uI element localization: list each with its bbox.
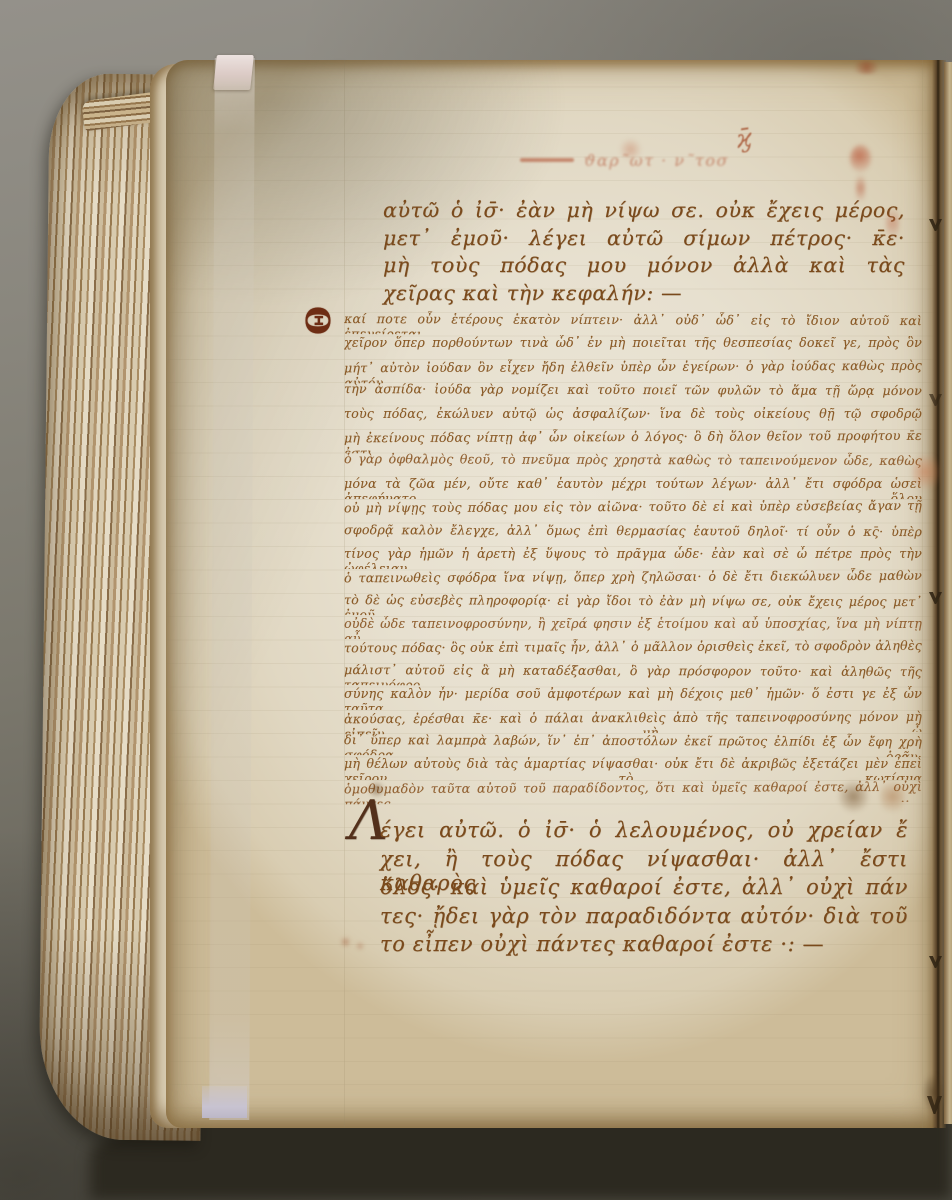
commentary-line: μάλιστ᾽ αὐτοῦ εἰς ἃ μὴ καταδέξασθαι, ὃ γ… xyxy=(344,662,922,687)
ink-stain xyxy=(851,61,882,74)
commentary-line: οὐ μὴ νίψῃς τοὺς πόδας μου εἰς τὸν αἰῶνα… xyxy=(344,498,922,524)
lemma-line: χεῖρας καὶ τὴν κεφαλήν: — xyxy=(383,281,905,309)
ink-stain xyxy=(880,777,905,816)
photo-background: ϑαρ῀ωτ · ν῀τοσ ϗ̄ αὐτῶ ὁ ἰσ̄· ἐὰν μὴ νίψ… xyxy=(0,0,952,1200)
commentary-line: τὸ δὲ ὡς εὐσεβὲς πληροφορίᾳ· εἰ γὰρ ἴδοι… xyxy=(344,592,922,617)
ink-stain xyxy=(850,145,871,172)
ink-stain xyxy=(886,202,899,244)
lemma-line: έγει αὐτῶ. ὁ ἰσ̄· ὁ λελουμένος, οὐ χρεία… xyxy=(380,818,908,847)
lemma-line: χει, ἢ τοὺς πόδας νίψασθαι· ἀλλ᾽ ἔστι κα… xyxy=(380,847,908,876)
commentary-line: καί ποτε οὖν ἑτέρους ἑκατὸν νίπτειν· ἀλλ… xyxy=(344,311,922,336)
ink-stain xyxy=(340,937,351,947)
ink-stain xyxy=(367,782,386,797)
commentary-block: καί ποτε οὖν ἑτέρους ἑκατὸν νίπτειν· ἀλλ… xyxy=(344,312,922,803)
lemma-line: το εἶπεν οὐχὶ πάντες καθαροί ἐστε ·: — xyxy=(380,932,908,961)
binding-edge-sliver xyxy=(944,62,952,1124)
rubric-flourish: ϗ̄ xyxy=(734,123,753,154)
strap-bottom-tab xyxy=(202,1086,247,1118)
commentary-line: σφοδρᾷ καλὸν ἔλεγχε, ἀλλ᾽ ὅμως ἐπὶ θερμα… xyxy=(344,522,922,547)
commentary-line: ἀκούσας, ἐρέσθαι κ̄ε· καὶ ὁ πάλαι ἀνακλι… xyxy=(344,708,922,734)
lemma-line: μὴ τοὺς πόδας μου μόνον ἀλλὰ καὶ τὰς xyxy=(383,253,905,281)
commentary-line: τούτους πόδας· ὃς οὐκ ἐπὶ τιμαῖς ἦν, ἀλλ… xyxy=(344,638,922,664)
rubric-dash xyxy=(520,158,574,162)
commentary-line: μὴ ἐκείνους πόδας νίπτῃ ἀφ᾽ ὧν οἰκείων ὁ… xyxy=(344,428,922,454)
lemma-line: ὅλος· καὶ ὑμεῖς καθαροί ἐστε, ἀλλ᾽ οὐχὶ … xyxy=(380,875,908,904)
ink-stain xyxy=(356,942,364,950)
page-holding-strap xyxy=(209,58,255,1120)
commentary-line: μήτ᾽ αὐτὸν ἰούδαν ὃν εἶχεν ἤδη ἐλθεῖν ὑπ… xyxy=(344,358,922,384)
rubric-line: ϑαρ῀ωτ · ν῀τοσ xyxy=(520,146,800,174)
commentary-line: τοὺς πόδας, ἐκώλυεν αὐτῷ ὡς ἀσφαλίζων· ἵ… xyxy=(344,406,922,429)
commentary-line: οὐδὲ ὧδε ταπεινοφροσύνην, ἢ χεῖρά φησιν … xyxy=(344,616,922,639)
ink-stain xyxy=(838,779,869,814)
ink-stain xyxy=(856,170,865,206)
commentary-line: τίνος γὰρ ἡμῶν ἡ ἀρετὴ ἐξ ὕψους τὸ πρᾶγμ… xyxy=(344,546,922,569)
commentary-line: ὁμοθυμαδὸν ταῦτα αὐτοῦ τοῦ παραδίδοντος,… xyxy=(344,779,922,805)
commentary-line: χεῖρον ὅπερ πορθούντων τινὰ ὧδ᾽ ἐν μὴ πο… xyxy=(344,335,922,358)
lemma-top-block: αὐτῶ ὁ ἰσ̄· ἐὰν μὴ νίψω σε. οὐκ ἔχεις μέ… xyxy=(383,198,905,308)
commentary-line: τὴν ἀσπίδα· ἰούδα γὰρ νομίζει καὶ τοῦτο … xyxy=(344,381,922,406)
gutter-foot-shadow xyxy=(918,1072,948,1124)
lemma-line: τες· ᾔδει γὰρ τὸν παραδιδόντα αὐτόν· διὰ… xyxy=(380,904,908,933)
initial-omicron: Θ xyxy=(303,301,337,341)
lemma-line: αὐτῶ ὁ ἰσ̄· ἐὰν μὴ νίψω σε. οὐκ ἔχεις μέ… xyxy=(383,198,905,226)
commentary-line: δι᾽ ὕπερ καὶ λαμπρὰ λαβών, ἵν᾽ ἐπ᾽ ἀποστ… xyxy=(344,732,922,757)
ink-stain xyxy=(620,137,641,162)
commentary-line: ὁ ταπεινωθεὶς σφόδρα ἵνα νίψῃ, ὅπερ χρὴ … xyxy=(344,568,922,594)
ink-stain xyxy=(912,450,939,494)
strap-top-fold xyxy=(213,55,254,90)
lemma-bottom-block: έγει αὐτῶ. ὁ ἰσ̄· ὁ λελουμένος, οὐ χρεία… xyxy=(380,818,908,961)
commentary-line: μόνα τὰ ζῶα μέν, οὔτε καθ᾽ ἑαυτὸν μέχρι … xyxy=(344,476,922,499)
commentary-line: ὁ γὰρ ὀφθαλμὸς θεοῦ, τὸ πνεῦμα πρὸς χρησ… xyxy=(344,451,922,476)
rubric-text: ϑαρ῀ωτ · ν῀τοσ xyxy=(584,151,729,170)
lemma-line: μετ᾽ ἐμοῦ· λέγει αὐτῶ σίμων πέτρος· κ̄ε· xyxy=(383,226,905,254)
commentary-line: μὴ θέλων αὐτοὺς διὰ τὰς ἁμαρτίας νίψασθα… xyxy=(344,756,922,779)
commentary-line: σύνης καλὸν ἦν· μερίδα σοῦ ἀμφοτέρων καὶ… xyxy=(344,686,922,709)
